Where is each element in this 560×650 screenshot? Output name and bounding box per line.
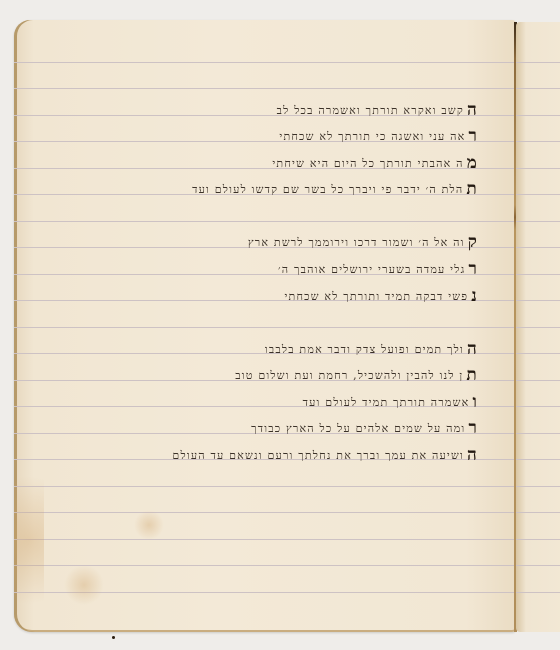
ruled-line (516, 433, 560, 434)
initial-letter: ק (468, 232, 478, 252)
ruled-line (516, 247, 560, 248)
ruled-line (516, 274, 560, 275)
initial-letter: ו (472, 392, 478, 412)
notebook-right-page-edge (516, 22, 560, 632)
ruled-line (516, 300, 560, 301)
handwritten-text: הקשב ואקרא תורתך ואשמרה בכל לב ראה עני ו… (14, 20, 516, 632)
line-text: הלת ה׳ ידבר פי ויברך כל בשר שם קדשו לעול… (192, 183, 463, 196)
line-text: אשמרה תורתך תמיד לעולם ועד (303, 396, 470, 409)
initial-letter: ר (468, 259, 478, 279)
initial-letter: ר (468, 418, 478, 438)
initial-letter: ר (468, 126, 478, 146)
ruled-line (516, 141, 560, 142)
initial-letter: ה (467, 339, 478, 359)
line-text: פשי דבקה תמיד ותורתך לא שכחתי (284, 290, 468, 303)
text-line: ראה עני ואשגה כי תורתך לא שכחתי (279, 128, 478, 145)
ruled-line (516, 115, 560, 116)
text-line: תהלת ה׳ ידבר פי ויברך כל בשר שם קדשו לעו… (192, 181, 478, 198)
line-text: ומה על שמים אלהים על כל הארץ כבודך (251, 422, 465, 435)
text-line: הושיעה את עמך וברך את נחלתך ורעם ונשאם ע… (172, 447, 478, 464)
text-line: הקשב ואקרא תורתך ואשמרה בכל לב (277, 102, 478, 119)
text-line: רגלי עמדה בשערי ירושלים אוהבך ה׳ (278, 261, 478, 278)
initial-letter: מ (467, 153, 478, 173)
line-text: ה אהבתי תורתך כל היום היא שיחתי (272, 157, 463, 170)
line-text: ושיעה את עמך וברך את נחלתך ורעם ונשאם עד… (172, 449, 464, 462)
text-line: תן לנו להבין ולהשכיל, רחמת ועת ושלום טוב (235, 367, 478, 384)
ruled-line (516, 406, 560, 407)
text-line: ואשמרה תורתך תמיד לעולם ועד (303, 394, 478, 411)
ruled-line (516, 459, 560, 460)
ruled-line (516, 327, 560, 328)
text-line: הולך תמים ופועל צדק ודבר אמת בלבבו (265, 341, 478, 358)
ruled-line (516, 512, 560, 513)
ruled-line (516, 353, 560, 354)
line-text: ולך תמים ופועל צדק ודבר אמת בלבבו (265, 343, 464, 356)
line-text: גלי עמדה בשערי ירושלים אוהבך ה׳ (278, 263, 465, 276)
ink-speck (112, 636, 115, 639)
ruled-line (516, 486, 560, 487)
initial-letter: ת (466, 365, 478, 385)
initial-letter: נ (471, 286, 478, 306)
line-text: קשב ואקרא תורתך ואשמרה בכל לב (277, 104, 464, 117)
ruled-line (516, 62, 560, 63)
ruled-line (516, 194, 560, 195)
text-line: מה אהבתי תורתך כל היום היא שיחתי (272, 155, 478, 172)
initial-letter: ה (467, 100, 478, 120)
text-line: קוה אל ה׳ ושמור דרכו וירוממך לרשת ארץ (248, 234, 478, 251)
ruled-line (516, 565, 560, 566)
initial-letter: ת (466, 179, 478, 199)
text-line: רומה על שמים אלהים על כל הארץ כבודך (251, 420, 478, 437)
line-text: ן לנו להבין ולהשכיל, רחמת ועת ושלום טוב (235, 369, 463, 382)
ruled-line (516, 592, 560, 593)
ruled-line (516, 221, 560, 222)
notebook-left-page: הקשב ואקרא תורתך ואשמרה בכל לב ראה עני ו… (14, 20, 516, 632)
initial-letter: ה (467, 445, 478, 465)
line-text: וה אל ה׳ ושמור דרכו וירוממך לרשת ארץ (248, 236, 465, 249)
ruled-line (516, 88, 560, 89)
ruled-line (516, 168, 560, 169)
ruled-line (516, 380, 560, 381)
text-line: נפשי דבקה תמיד ותורתך לא שכחתי (284, 288, 478, 305)
ruled-line (516, 539, 560, 540)
line-text: אה עני ואשגה כי תורתך לא שכחתי (279, 130, 465, 143)
